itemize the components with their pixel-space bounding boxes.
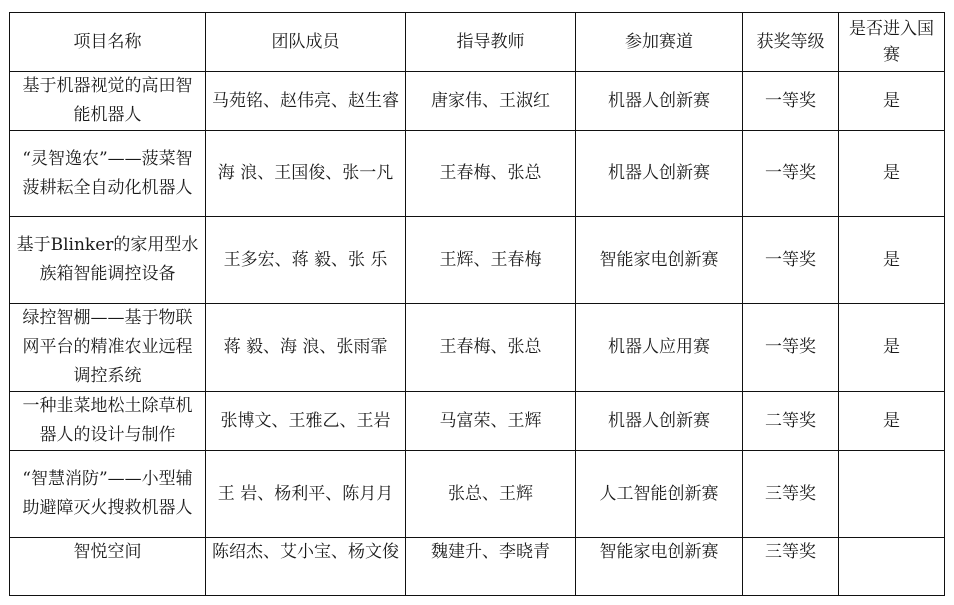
project-name: 绿控智棚——基于物联网平台的精准农业远程调控系统 [10,304,206,392]
team-members: 马苑铭、赵伟亮、赵生睿 [206,72,406,131]
team-members: 蒋 毅、海 浪、张雨霏 [206,304,406,392]
header-national: 是否进入国赛 [839,13,945,72]
table-row: 绿控智棚——基于物联网平台的精准农业远程调控系统 蒋 毅、海 浪、张雨霏 王春梅… [10,304,945,392]
table-row: 一种韭菜地松土除草机器人的设计与制作 张博文、王雅乙、王岩 马富荣、王辉 机器人… [10,392,945,451]
project-name: 一种韭菜地松土除草机器人的设计与制作 [10,392,206,451]
project-name: “智慧消防”——小型辅助避障灭火搜救机器人 [10,451,206,538]
national-entry [839,451,945,538]
table-row: 基于机器视觉的高田智能机器人 马苑铭、赵伟亮、赵生睿 唐家伟、王淑红 机器人创新… [10,72,945,131]
advisors: 王辉、王春梅 [406,217,576,304]
team-members: 王 岩、杨利平、陈月月 [206,451,406,538]
team-members: 陈绍杰、艾小宝、杨文俊 [206,538,406,596]
project-name: “灵智逸农”——菠菜智菠耕耘全自动化机器人 [10,131,206,217]
award-level: 一等奖 [743,217,839,304]
award-level: 二等奖 [743,392,839,451]
advisors: 张总、王辉 [406,451,576,538]
advisors: 王春梅、张总 [406,304,576,392]
team-members: 王多宏、蒋 毅、张 乐 [206,217,406,304]
advisors: 王春梅、张总 [406,131,576,217]
track: 人工智能创新赛 [576,451,743,538]
national-entry [839,538,945,596]
table-row: 智悦空间 陈绍杰、艾小宝、杨文俊 魏建升、李晓青 智能家电创新赛 三等奖 [10,538,945,596]
table-row: 基于Blinker的家用型水族箱智能调控设备 王多宏、蒋 毅、张 乐 王辉、王春… [10,217,945,304]
awards-table: 项目名称 团队成员 指导教师 参加赛道 获奖等级 是否进入国赛 基于机器视觉的高… [9,12,945,596]
table-row: “智慧消防”——小型辅助避障灭火搜救机器人 王 岩、杨利平、陈月月 张总、王辉 … [10,451,945,538]
team-members: 张博文、王雅乙、王岩 [206,392,406,451]
advisors: 魏建升、李晓青 [406,538,576,596]
award-level: 一等奖 [743,131,839,217]
track: 机器人创新赛 [576,131,743,217]
table-header-row: 项目名称 团队成员 指导教师 参加赛道 获奖等级 是否进入国赛 [10,13,945,72]
project-name: 基于机器视觉的高田智能机器人 [10,72,206,131]
project-name: 智悦空间 [10,538,206,596]
header-project-name: 项目名称 [10,13,206,72]
advisors: 唐家伟、王淑红 [406,72,576,131]
national-entry: 是 [839,131,945,217]
award-level: 一等奖 [743,72,839,131]
track: 机器人应用赛 [576,304,743,392]
header-track: 参加赛道 [576,13,743,72]
table-row: “灵智逸农”——菠菜智菠耕耘全自动化机器人 海 浪、王国俊、张一凡 王春梅、张总… [10,131,945,217]
track: 机器人创新赛 [576,72,743,131]
national-entry: 是 [839,304,945,392]
track: 智能家电创新赛 [576,217,743,304]
national-entry: 是 [839,392,945,451]
award-level: 一等奖 [743,304,839,392]
team-members: 海 浪、王国俊、张一凡 [206,131,406,217]
award-level: 三等奖 [743,451,839,538]
national-entry: 是 [839,217,945,304]
track: 智能家电创新赛 [576,538,743,596]
track: 机器人创新赛 [576,392,743,451]
advisors: 马富荣、王辉 [406,392,576,451]
header-advisors: 指导教师 [406,13,576,72]
header-award-level: 获奖等级 [743,13,839,72]
national-entry: 是 [839,72,945,131]
project-name: 基于Blinker的家用型水族箱智能调控设备 [10,217,206,304]
header-team-members: 团队成员 [206,13,406,72]
award-level: 三等奖 [743,538,839,596]
